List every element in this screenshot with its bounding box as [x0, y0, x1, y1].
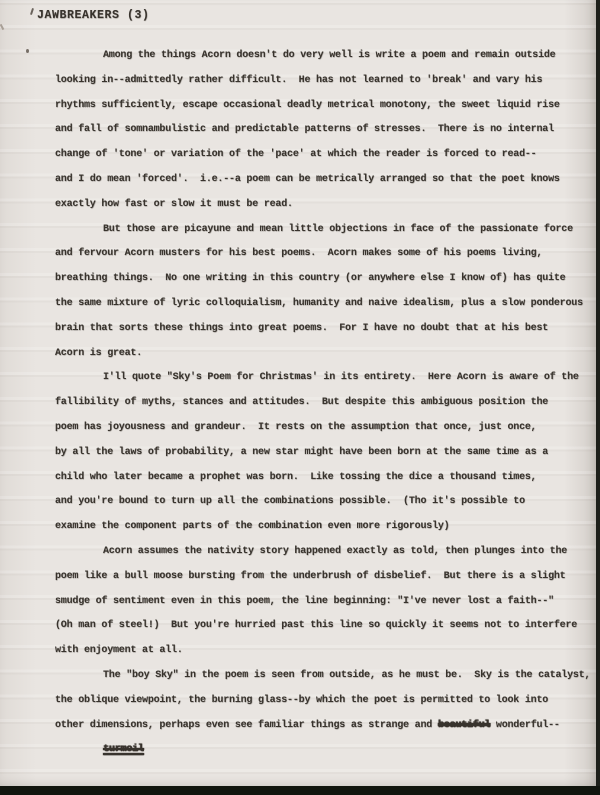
text-line: with enjoyment at all.	[55, 639, 596, 664]
text-line: The "boy Sky" in the poem is seen from o…	[55, 664, 596, 689]
text-line: smudge of sentiment even in this poem, t…	[55, 590, 596, 615]
text-line: fallibility of myths, stances and attitu…	[55, 391, 596, 416]
document-body: Among the things Acorn doesn't do very w…	[55, 44, 596, 763]
text-line-with-strikeout: other dimensions, perhaps even see famil…	[55, 714, 596, 739]
text-line: poem like a bull moose bursting from the…	[55, 565, 596, 590]
text-line: rhythms sufficiently, escape occasional …	[55, 94, 596, 119]
struck-out-word: beautiful	[438, 720, 490, 731]
text-line: (Oh man of steel!) But you're hurried pa…	[55, 614, 596, 639]
scan-edge-right	[596, 0, 600, 795]
text-line: and fall of somnambulistic and predictab…	[55, 118, 596, 143]
text-line: poem has joyousness and grandeur. It res…	[55, 416, 596, 441]
scanned-typescript-page: JAWBREAKERS (3) Among the things Acorn d…	[0, 0, 600, 795]
text-line: by all the laws of probability, a new st…	[55, 441, 596, 466]
text-line: looking in--admittedly rather difficult.…	[55, 69, 596, 94]
text-line: Among the things Acorn doesn't do very w…	[55, 44, 596, 69]
text-line: and you're bound to turn up all the comb…	[55, 490, 596, 515]
text-line: the oblique viewpoint, the burning glass…	[55, 689, 596, 714]
text-line: I'll quote "Sky's Poem for Christmas' in…	[55, 366, 596, 391]
text-line-final: turmoil	[55, 738, 596, 763]
ink-speck	[0, 24, 4, 30]
text-line: Acorn is great.	[55, 342, 596, 367]
text-line: and fervour Acorn musters for his best p…	[55, 242, 596, 267]
text-line: examine the component parts of the combi…	[55, 515, 596, 540]
text-line: brain that sorts these things into great…	[55, 317, 596, 342]
text-line: and I do mean 'forced'. i.e.--a poem can…	[55, 168, 596, 193]
text-line: change of 'tone' or variation of the 'pa…	[55, 143, 596, 168]
page-heading: JAWBREAKERS (3)	[37, 9, 150, 22]
ink-speck	[30, 8, 34, 15]
text-line: But those are picayune and mean little o…	[55, 218, 596, 243]
text-line: breathing things. No one writing in this…	[55, 267, 596, 292]
text-line: child who later became a prophet was bor…	[55, 466, 596, 491]
text-line: exactly how fast or slow it must be read…	[55, 193, 596, 218]
scan-edge-bottom	[0, 786, 600, 795]
text-line: the same mixture of lyric colloquialism,…	[55, 292, 596, 317]
ink-speck	[26, 49, 29, 53]
text-segment: other dimensions, perhaps even see famil…	[55, 720, 438, 731]
text-segment: wonderful--	[490, 720, 560, 731]
text-line: Acorn assumes the nativity story happene…	[55, 540, 596, 565]
struck-out-underlined-word: turmoil	[103, 744, 144, 755]
